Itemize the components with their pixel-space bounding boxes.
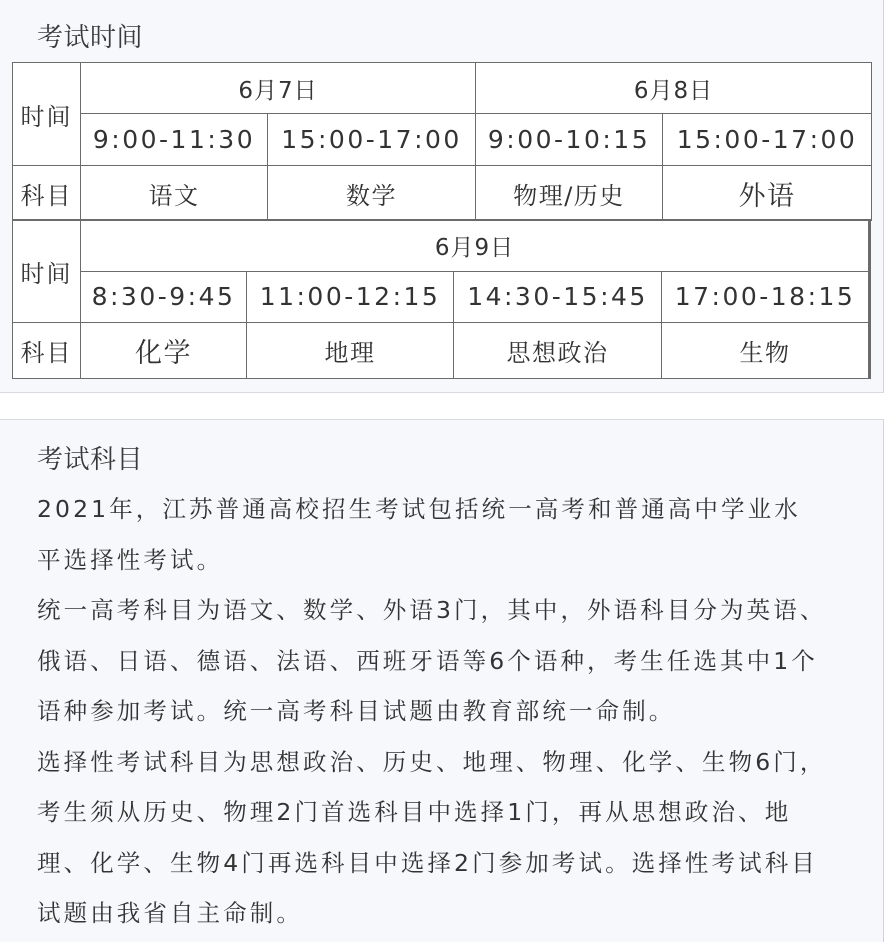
time-row: 9:00-11:30 15:00-17:00 9:00-10:15 15:00-… <box>13 114 872 166</box>
schedule-table-june-9: 时间 6月9日 8:30-9:45 11:00-12:15 14:30-15:4… <box>12 219 871 379</box>
time-cell: 15:00-17:00 <box>663 114 872 166</box>
subject-cell: 外语 <box>663 166 872 221</box>
date-cell: 6月7日 <box>81 63 476 114</box>
time-row-label: 时间 <box>13 220 81 322</box>
date-row: 时间 6月9日 <box>13 220 870 271</box>
exam-subjects-body: 2021年，江苏普通高校招生考试包括统一高考和普通高中学业水平选择性考试。 统一… <box>37 484 827 939</box>
subject-cell: 地理 <box>247 322 454 378</box>
exam-subjects-heading: 考试科目 <box>37 439 143 476</box>
exam-time-panel: 考试时间 时间 6月7日 6月8日 9:00-11:30 15:00-17:00… <box>0 0 884 393</box>
subject-cell: 化学 <box>81 322 247 378</box>
date-row: 时间 6月7日 6月8日 <box>13 63 872 114</box>
time-cell: 17:00-18:15 <box>662 271 870 322</box>
schedule-table-june-7-8: 时间 6月7日 6月8日 9:00-11:30 15:00-17:00 9:00… <box>12 62 872 221</box>
subject-row: 科目 语文 数学 物理/历史 外语 <box>13 166 872 221</box>
paragraph: 2021年，江苏普通高校招生考试包括统一高考和普通高中学业水平选择性考试。 <box>37 484 827 585</box>
time-cell: 8:30-9:45 <box>81 271 247 322</box>
date-cell: 6月8日 <box>476 63 872 114</box>
time-cell: 9:00-11:30 <box>81 114 268 166</box>
paragraph: 选择性考试科目为思想政治、历史、地理、物理、化学、生物6门，考生须从历史、物理2… <box>37 737 827 939</box>
time-cell: 14:30-15:45 <box>454 271 662 322</box>
time-cell: 9:00-10:15 <box>476 114 663 166</box>
exam-time-heading: 考试时间 <box>37 17 143 54</box>
time-cell: 11:00-12:15 <box>247 271 454 322</box>
subject-cell: 思想政治 <box>454 322 662 378</box>
subject-row-label: 科目 <box>13 166 81 221</box>
subject-cell: 物理/历史 <box>476 166 663 221</box>
subject-cell: 生物 <box>662 322 870 378</box>
date-cell: 6月9日 <box>81 220 870 271</box>
subject-cell: 数学 <box>268 166 476 221</box>
time-cell: 15:00-17:00 <box>268 114 476 166</box>
subject-row: 科目 化学 地理 思想政治 生物 <box>13 322 870 378</box>
subject-row-label: 科目 <box>13 322 81 378</box>
exam-subjects-panel: 考试科目 2021年，江苏普通高校招生考试包括统一高考和普通高中学业水平选择性考… <box>0 419 884 942</box>
subject-cell: 语文 <box>81 166 268 221</box>
paragraph: 统一高考科目为语文、数学、外语3门，其中，外语科目分为英语、俄语、日语、德语、法… <box>37 585 827 737</box>
time-row-label: 时间 <box>13 63 81 166</box>
time-row: 8:30-9:45 11:00-12:15 14:30-15:45 17:00-… <box>13 271 870 322</box>
